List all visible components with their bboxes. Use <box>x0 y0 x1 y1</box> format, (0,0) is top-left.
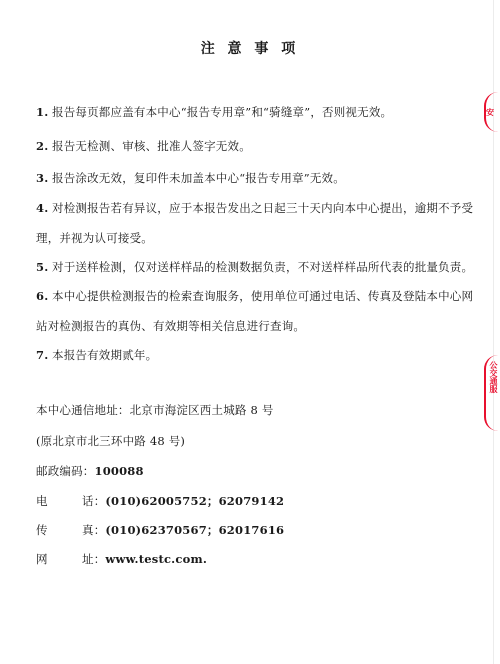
note-7: 7.本报告有效期贰年。 <box>36 347 157 363</box>
postcode-line: 邮政编码：100088 <box>36 463 144 479</box>
note-2: 2.报告无检测、审核、批准人签字无效。 <box>36 138 251 154</box>
note-4-continuation: 理，并视为认可接受。 <box>36 230 153 246</box>
note-1: 1.报告每页都应盖有本中心“报告专用章”和“骑缝章”，否则视无效。 <box>36 104 392 120</box>
note-6-continuation: 站对检测报告的真伪、有效期等相关信息进行查询。 <box>36 318 305 334</box>
page-title: 注 意 事 项 <box>0 38 500 58</box>
document-page: 注 意 事 项 1.报告每页都应盖有本中心“报告专用章”和“骑缝章”，否则视无效… <box>0 0 500 664</box>
address-line: 本中心通信地址：北京市海淀区西土城路 8 号 <box>36 402 274 418</box>
note-6: 6.本中心提供检测报告的检索查询服务，使用单位可通过电话、传真及登陆本中心网 <box>36 288 473 304</box>
phone-line: 电话：(010)62005752；62079142 <box>36 493 284 509</box>
note-5: 5.对于送样检测，仅对送样样品的检测数据负责，不对送样样品所代表的批量负责。 <box>36 259 473 275</box>
note-4: 4.对检测报告若有异议，应于本报告发出之日起三十天内向本中心提出，逾期不予受 <box>36 200 473 216</box>
fax-line: 传真：(010)62370567；62017616 <box>36 522 284 538</box>
note-3: 3.报告涂改无效，复印件未加盖本中心“报告专用章”无效。 <box>36 170 345 186</box>
website-line: 网址：www.testc.com. <box>36 551 207 567</box>
seal-stamp-middle: 公交通服 <box>484 355 500 431</box>
former-address: (原北京市北三环中路 48 号) <box>36 433 185 449</box>
seal-stamp-top: 安全 <box>484 92 500 132</box>
